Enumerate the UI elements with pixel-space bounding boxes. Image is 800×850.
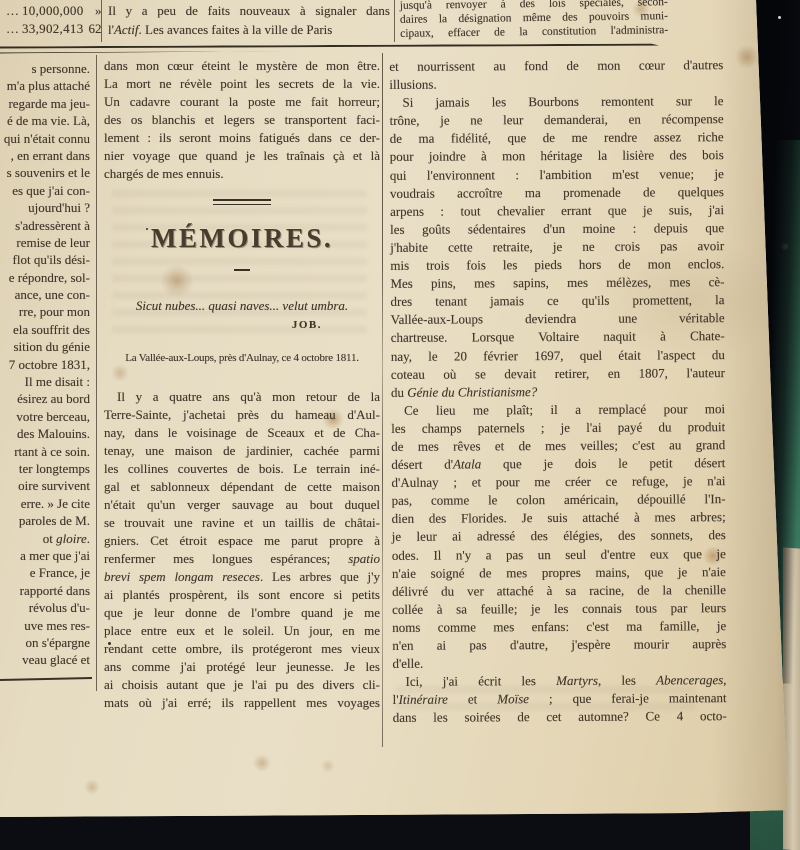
text-line: arpens : tout chevalier errant que je su… [390,201,724,221]
text-line: nay, le 20 février 1697, quel était l'as… [391,346,725,366]
text-line: d'Aulnay ; et pour me créer ce refuge, j… [391,472,725,492]
text-line: lement : ils seront moins fatigués dans … [104,129,380,147]
text-line: e répondre, sol- [0,269,90,286]
masthead-right-text: jusqu'à renvoyer à des lois spéciales, s… [400,0,669,41]
text-line: dans mon cœur éteint le mystère de mon ê… [104,57,380,75]
text-line: uve mes res- [0,617,90,634]
text-line: l'Itinéraire et Moïse ; que ferai-je mai… [393,689,727,709]
text-line: chargés de mes ennuis. [104,165,380,183]
text-line: votre berceau, [0,408,90,425]
text-line: tenay, une maison de jardinier, cachée p… [104,442,380,460]
text-line: , en errant dans [0,147,90,164]
text-line: que je leur donne de l'ombre quand je me [104,604,380,622]
text-line: rapporté dans [0,582,90,599]
epigraph: Sicut nubes... quasi naves... velut umbr… [104,297,380,315]
text-line: 7 octobre 1831, [0,356,90,373]
text-line: qui n'était connu [0,130,90,147]
text-line: ance, une con- [0,286,90,303]
text-line: ujourd'hui ? [0,199,90,216]
ledger-amount: 33,902,413 [22,20,84,38]
ledger-dots: … [6,2,19,20]
text-line: ter longtemps [0,460,90,477]
end-rule [0,677,92,681]
masthead-mid-text: Il y a peu de faits nouveaux à signaler … [108,1,390,39]
column-right: et nourrissent au fond de mon cœur d'aut… [389,56,727,727]
text-line: pour joindre à mon héritage la lisière d… [390,147,724,167]
text-line: Mes pins, mes sapins, mes mélèzes, mes c… [390,273,724,293]
text-line: s souvenirs et le [0,164,90,181]
text-line: n'en ai pas d'autre, j'espère mourir aup… [392,635,726,655]
text-line: l'Actif. Les avances faites à la ville d… [108,20,390,39]
heading-dash [234,269,250,271]
memoires-heading: MÉMOIRES. [104,221,380,255]
text-line: des Malouins. [0,425,90,442]
section-separator [213,199,271,205]
dust-speck [778,16,781,19]
text-line: Ici, j'ai écrit les Martyrs, les Abencer… [392,671,726,691]
masthead-double-rule [0,44,668,54]
text-line: pas, comme le colon américain, dépouillé… [392,490,726,510]
text-line: Si jamais les Bourbons remontent sur le [389,92,723,112]
column-divider [96,55,97,691]
text-line: sition du génie [0,338,90,355]
text-line: Il y a peu de faits nouveaux à signaler … [108,1,390,20]
text-line: Terre-Sainte, j'achetai près du hameau d… [104,406,380,424]
text-line: ésirez au bord [0,390,90,407]
text-line: voudrais accroître ma promenade de quelq… [390,183,724,203]
ledger-dots: … [6,20,19,38]
text-line: mis trois fois les pieds hors de mon enc… [390,255,724,275]
text-line: odes. Il n'y a pas un seul d'entre eux q… [392,545,726,565]
text-line: es que j'ai con- [0,182,90,199]
column-left: s personne.m'a plus attachéregarde ma je… [0,60,90,680]
text-line: des os blanchis et legers se transporten… [104,111,380,129]
text-line: erre. » Je cite [0,495,90,512]
text-line: qui l'environnent : l'ambition m'est ven… [390,165,724,185]
text-line: gniers. Cet étroit espace me parut propr… [104,532,380,550]
ledger-unit: 62 [84,20,102,38]
masthead-divider [101,0,102,42]
paragraph: Ici, j'ai écrit les Martyrs, les Abencer… [392,671,726,727]
paragraph: s personne.m'a plus attachéregarde ma je… [0,60,90,669]
text-line: e France, je [0,564,90,581]
text-line: ot gloire. [0,530,90,547]
text-line: révolus d'u- [0,599,90,616]
text-line: n'aie soigné de mes propres mains, que j… [392,563,726,583]
masthead-divider [394,0,395,42]
text-line: dans les soirées de cet automne? Ce 4 oc… [393,707,727,727]
column-middle: dans mon cœur éteint le mystère de mon ê… [104,57,380,712]
text-line: n'était qu'un verger sauvage au bout duq… [104,496,380,514]
newspaper-page: … 10,000,000 » … 33,902,413 62 Il y a pe… [0,0,800,850]
ledger-amount: 10,000,000 [22,2,84,20]
ledger-row: … 10,000,000 » [6,2,98,20]
text-line: désert d'Atala que je dois le petit dése… [391,454,725,474]
text-line: nier voyage que quand je les traînais çà… [104,147,380,165]
text-line: Il y a quatre ans qu'à mon retour de la [104,388,380,406]
text-line: nay, dans le voisinage de Sceaux et de C… [104,424,380,442]
paragraph: dans mon cœur éteint le mystère de mon ê… [104,57,380,183]
text-line: oire survivent [0,477,90,494]
text-line: cipaux, effacer de la constitution l'adm… [400,24,668,42]
text-line: flot qu'ils dési- [0,251,90,268]
paragraph: Il y a quatre ans qu'à mon retour de laT… [104,388,380,712]
text-line: ans comme j'ai protégé leur jeunesse. Je… [104,658,380,676]
text-line: rendant cette ombre, ils protégeront mes… [104,640,380,658]
text-line: illusions. [389,74,723,94]
column-divider [382,53,383,747]
paragraph: Ce lieu me plaît; il a remplacé pour moi… [391,400,726,673]
text-line: regarde ma jeu- [0,95,90,112]
text-line: s personne. [0,60,90,77]
text-line: dien des Florides. Je suis attaché à mes… [392,508,726,528]
text-line: délivré du ver attaché à sa racine, de l… [392,581,726,601]
text-line: renfermer mes longues espérances; spatio [104,550,380,568]
text-line: remise de leur [0,234,90,251]
text-line: noms comme mes enfans: c'est ma famille,… [392,617,726,637]
text-line: place entre eux et le soleil. Un jour, e… [104,622,380,640]
text-line: ela souffrit des [0,321,90,338]
text-line: je leur ai adressé des élégies, des sonn… [392,527,726,547]
text-line: paroles de M. [0,512,90,529]
text-line: les collines couvertes de bois. Le terra… [104,460,380,478]
text-line: les goûts sédentaires d'un moine : depui… [390,219,724,239]
text-line: brevi spem longam reseces. Les arbres qu… [104,568,380,586]
text-line: m'a plus attaché [0,77,90,94]
text-line: rre, pour mon [0,303,90,320]
text-line: a mer que j'ai [0,547,90,564]
text-line: veau glacé et [0,651,90,668]
text-line: Ce lieu me plaît; il a remplacé pour moi [391,400,725,420]
text-line: ai choisis autant que je l'ai pu des div… [104,676,380,694]
text-line: La mort ne révèle point les secrets de l… [104,75,380,93]
paragraph: et nourrissent au fond de mon cœur d'aut… [389,56,723,94]
text-line: de ma fidélité, que de me rendre assez r… [390,129,724,149]
text-line: é de ma vie. Là, [0,112,90,129]
text-line: les champs paternels ; je l'ai payé du p… [391,418,725,438]
text-line: collée à sa feuille; je les connais tous… [392,599,726,619]
masthead-ledger: … 10,000,000 » … 33,902,413 62 [6,2,98,38]
ledger-row: … 33,902,413 62 [6,20,98,38]
text-line: coteau où se devait retirer, en 1807, l'… [391,364,725,384]
text-line: Un cadavre courant la poste me fait horr… [104,93,380,111]
text-line: de mes rêves et de mes veilles; c'est au… [391,436,725,456]
text-line: gal et sablonneux dépendant de cette mai… [104,478,380,496]
text-line: Vallée-aux-Loups deviendra une véritable [391,309,725,329]
text-line: Il me disait : [0,373,90,390]
epigraph-attribution: JOB. [104,317,380,333]
paragraph: Si jamais les Bourbons remontent sur let… [389,92,725,401]
text-line: s'adressèrent à [0,217,90,234]
text-line: se trouvait une ravine et un taillis de … [104,514,380,532]
text-line: dres tenant jamais ce qu'ils promettent,… [390,291,724,311]
text-line: j'habite cette retraite, je ne crois pas… [390,237,724,257]
ledger-unit: » [84,2,102,20]
text-line: et nourrissent au fond de mon cœur d'aut… [389,56,723,76]
dateline: La Vallée-aux-Loups, près d'Aulnay, ce 4… [104,351,380,366]
text-line: ai plantés prospèrent, ils sont encore s… [104,586,380,604]
text-line: rtant à ce soin. [0,443,90,460]
text-line: chartreuse. Lorsque Voltaire naquit à Ch… [391,328,725,348]
text-line: mats où j'ai erré; ils rappellent mes vo… [104,694,380,712]
text-line: du Génie du Christianisme? [391,382,725,402]
text-line: d'elle. [392,653,726,673]
text-line: trône, je ne leur demanderai, en récompe… [390,110,724,130]
text-line: on s'épargne [0,634,90,651]
